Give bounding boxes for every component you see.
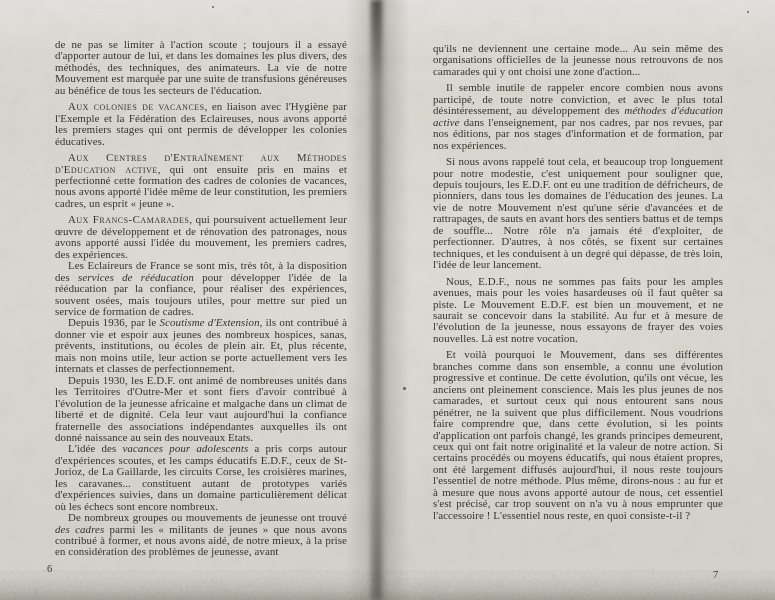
- text-run: Depuis 1936, par le: [68, 317, 160, 329]
- paragraph: Les Eclaireurs de France se sont mis, tr…: [55, 261, 347, 318]
- page-left: de ne pas se limiter à l'action scoute ;…: [0, 0, 378, 600]
- text-run: Et voilà pourquoi le Mouvement, dans ses…: [433, 349, 723, 521]
- text-run: De nombreux groupes ou mouvements de jeu…: [68, 512, 347, 524]
- page-number-left: 6: [47, 564, 52, 575]
- paragraph: Aux Centres d'Entraînement aux Méthodes …: [55, 153, 347, 210]
- italic-phrase: services de rééducation: [78, 272, 194, 284]
- text-run: Nous, E.D.F., nous ne sommes pas faits p…: [433, 276, 723, 345]
- italic-phrase: vacances pour adolescents: [122, 443, 248, 455]
- paragraph: Nous, E.D.F., nous ne sommes pas faits p…: [433, 277, 723, 346]
- paragraph: de ne pas se limiter à l'action scoute ;…: [55, 40, 347, 97]
- paragraph: De nombreux groupes ou mouvements de jeu…: [55, 513, 347, 559]
- page-number-right: 7: [713, 570, 718, 581]
- text-run: qu'ils ne deviennent une certaine mode..…: [433, 43, 723, 78]
- paragraph: Aux colonies de vacances, en liaison ave…: [55, 102, 347, 148]
- text-run: L'idée des: [68, 443, 122, 455]
- text-run: de ne pas se limiter à l'action scoute ;…: [55, 39, 347, 97]
- page-right: qu'ils ne deviennent une certaine mode..…: [395, 0, 775, 600]
- text-run: Si nous avons rappelé tout cela, et beau…: [433, 156, 723, 271]
- text-run: dans l'enseignement, par nos cadres, par…: [433, 117, 723, 152]
- page-left-text: de ne pas se limiter à l'action scoute ;…: [55, 40, 347, 559]
- italic-phrase: Scoutisme d'Extension: [160, 317, 260, 329]
- small-caps-phrase: Aux colonies de vacances: [68, 101, 205, 113]
- paragraph: Depuis 1930, les E.D.F. ont animé de nom…: [55, 376, 347, 445]
- italic-phrase: des cadres: [55, 524, 104, 536]
- paragraph: Il semble inutile de rappeler encore com…: [433, 83, 723, 152]
- paragraph: Si nous avons rappelé tout cela, et beau…: [433, 157, 723, 272]
- small-caps-phrase: Aux Francs-Camarades: [68, 214, 189, 226]
- paragraph: Et voilà pourquoi le Mouvement, dans ses…: [433, 350, 723, 522]
- text-run: Depuis 1930, les E.D.F. ont animé de nom…: [55, 375, 347, 444]
- page-right-text: qu'ils ne deviennent une certaine mode..…: [433, 44, 723, 522]
- paragraph: Depuis 1936, par le Scoutisme d'Extensio…: [55, 318, 347, 375]
- paragraph: L'idée des vacances pour adolescents a p…: [55, 444, 347, 513]
- book-page-spread: de ne pas se limiter à l'action scoute ;…: [0, 0, 775, 600]
- paragraph: Aux Francs-Camarades, qui poursuivent ac…: [55, 215, 347, 261]
- paragraph: qu'ils ne deviennent une certaine mode..…: [433, 44, 723, 78]
